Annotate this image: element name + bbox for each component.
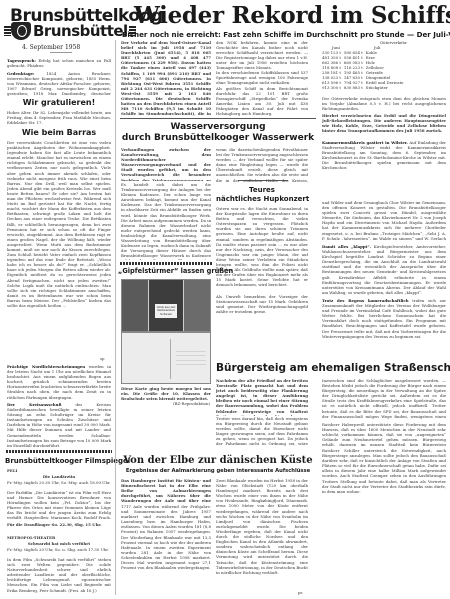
- coat-of-arms-icon: [11, 22, 31, 40]
- postcard-handwriting: [176, 347, 206, 369]
- notice-alles-klappt-text: Kirchspielvorsteher, Amtsvorsteher, Wahl…: [322, 244, 446, 295]
- photo-caption: Diese Karte ging heute morgen bei uns ei…: [121, 386, 211, 401]
- barras-headline: Wie beim Barras: [5, 128, 113, 137]
- elbe-signature: ps: [298, 590, 310, 596]
- notice-regen: Trotz des Regens kameradschaftlich trafe…: [322, 298, 446, 348]
- postcard-photo: Gruß aus der Sächsischen Schweiz: [121, 279, 211, 332]
- cargo-note: Der Güterverkehr entsprach etwa dem des …: [322, 96, 446, 112]
- buergersteig-right-2: Ratsherr Haberpreiß unterstützte diese F…: [322, 422, 446, 446]
- notice-kammermusik: Kammermusikkreis gastiert in Wilster. Au…: [322, 140, 446, 200]
- film-description: In dem Film „Schwarzbi hat mich verführt…: [7, 557, 111, 595]
- barras-signature: sp: [100, 356, 112, 362]
- divider: [50, 52, 72, 53]
- elbe-lead: Das Hamburger Institut für Küsten- und B…: [121, 478, 211, 504]
- divider: [120, 118, 316, 119]
- postcard-label: Gruß aus der Sächsischen Schweiz: [155, 304, 177, 318]
- water-lead: Verhandlungen zwischen der Kanalverwaltu…: [121, 147, 211, 181]
- masthead-town: Brunsbüttel: [33, 22, 128, 40]
- notice-alles-klappt: Damit alles „klappt“. Kirchspielvorstehe…: [322, 244, 446, 296]
- lead-subheadline: Bisher noch nie erreicht: Fast zehn Schi…: [122, 30, 450, 39]
- buergersteig-body: Trotter wies darauf hin, daß doch wenigs…: [216, 416, 308, 446]
- congrats-text: Hohes Alter. Ihr 82. Lebensjahr vollende…: [7, 110, 111, 126]
- buergersteig-right: Inzwischen sind die Schlaglöcher ausgebe…: [322, 378, 446, 420]
- issue-date: 4. September 1958: [22, 44, 80, 51]
- notice-kammermusik-text: Auf Einladung der Stadtverwaltung Wilste…: [322, 140, 446, 170]
- postcard-divider: [170, 339, 171, 379]
- water-body-col2: wenn die dazwischenliegenden Privathäuse…: [216, 147, 308, 183]
- film-times: Fr.-Mtg. täglich 20 Uhr, So. u. Sbg. auc…: [7, 547, 111, 557]
- decor-bars-icon: [4, 26, 11, 36]
- notice-northern-lights: Prächtige Nordlichterscheinungen wurden …: [7, 364, 111, 400]
- elbe-subheadline: Ergebnisse der Aalmarkierung geben inter…: [118, 468, 318, 474]
- tagesspruch-author: Phädrus: [27, 63, 43, 68]
- notice-kreisausschuss: Der Kreisausschuß des Kreises Süderdithm…: [7, 402, 111, 447]
- divider: [238, 180, 288, 181]
- hupkonzert-tail: Als Umwelt bemerkten der Vorzeiger der S…: [216, 294, 308, 328]
- film-extra: Für die Drauflänger So. 22.30, Sbg. 15 U…: [7, 522, 111, 528]
- film-times: Fr.-Mtg. täglich 20.30 Uhr, So.-Mtg. auc…: [7, 480, 111, 490]
- photo-article-headline: „Gipfelstürmer“ lassen grüßen: [118, 267, 214, 275]
- lead-body-col1b: Mit 7110 Schiffen (9,5 im Schnitt 10 Sch…: [121, 106, 211, 116]
- hupkonzert-subheadline: nächtliches Hupkonzert: [216, 195, 308, 203]
- lead-headline: Wieder Rekord im Schiffsverkehr: [134, 2, 450, 29]
- lead-body-col2c: Als größtes Schiff in dem Berichtsmonat …: [216, 86, 308, 116]
- congrats-headline: Wir gratulieren!: [5, 98, 113, 107]
- notice-northern-lights-text: wurden in der letzten Nacht um 1 Uhr am …: [7, 364, 111, 400]
- barras-article: Der vorerwähnte Couchbetten ist eine von…: [7, 140, 111, 356]
- film-description: Der Farbfilm „Die Landärztin“ ist ein Fi…: [7, 490, 111, 522]
- lead-body-col2b: In den verschiedenen Schiffsklassen sind…: [216, 70, 308, 86]
- water-body: Es handelt sich dabei um die Trinkwasser…: [121, 182, 211, 260]
- hupkonzert-body: Ostern war es, die Nacht zum Sonnabend, …: [216, 206, 308, 294]
- table-row: 913 300 t830 883 tStückgüter: [322, 85, 446, 90]
- buergersteig-lead: Nachdem der alte Friedhof an der breiten…: [216, 378, 308, 416]
- water-subheadline: durch Brunsbüttelkooger Wasserwerk: [120, 133, 316, 143]
- buergersteig-headline: Bürgersteig am ehemaligen Straßenschlauc…: [216, 362, 448, 374]
- lead-body-col1: Der Verkehr auf dem Nord-Ostsee-Kanal be…: [121, 40, 211, 106]
- postcard-back: [121, 332, 211, 384]
- photo-panel: [184, 280, 211, 332]
- cargo-table: Güterverkehr Juni Juli 330 123 t580 654 …: [322, 40, 446, 90]
- filmspiegel-headline: Brunsbütteltkooger Filmspiegel: [5, 457, 113, 465]
- concert-program: und Wilder und dem Gesangbuch Chor Wilst…: [322, 200, 446, 240]
- buergersteig-right-3: Ratsherr Schiller unterstrich die Notwen…: [322, 448, 446, 594]
- masthead-subtitle: Brunsbüttel: [4, 22, 136, 40]
- hupkonzert-headline: Teures: [216, 186, 308, 194]
- water-headline: Wasserversorgung: [120, 122, 316, 132]
- cargo-note-bold: Hierbei verzeichneten das Erdöl und die …: [322, 113, 446, 137]
- photo-panel: [122, 280, 148, 332]
- notice-kreisausschuss-text: des Kreises Süderdithmarschen bewilligte…: [7, 402, 111, 447]
- divider: [6, 450, 112, 453]
- tagesspruch: Tagesspruch: Erfolg hat schon manchen zu…: [7, 58, 111, 70]
- notice-regen-text: trafen sich zur Zusammenkunft der Mitgli…: [322, 298, 446, 339]
- elbe-col2: Zwei Blankaale wurden im Herbst 1958 in …: [216, 478, 308, 594]
- column-rule: [115, 40, 116, 595]
- elbe-headline: Von der Elbe zur dänischen Küste: [118, 455, 318, 466]
- gedenktage: Gedenktage: 1824 Anton Bruckner, österre…: [7, 71, 111, 97]
- divider: [120, 262, 212, 265]
- elbe-body: 1717 Aale wurden während der Frühjahrs- …: [121, 504, 211, 594]
- lead-body-col2: den NOK befahren, konnte eine in der Ges…: [216, 40, 308, 70]
- photo-credit: (BZ-Reproduktion): [160, 401, 210, 407]
